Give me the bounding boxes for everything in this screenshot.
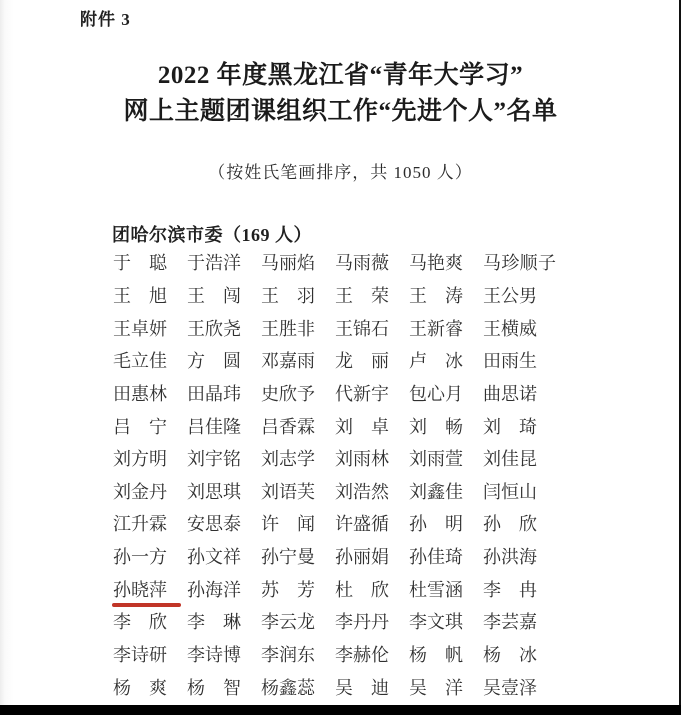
person-name-char: 孙 [409, 514, 427, 534]
person-name-char: 艳 [427, 253, 445, 273]
person-name-char: 李 [483, 580, 501, 600]
person-name-char: 卢 [409, 351, 427, 371]
person-name-char: 史 [261, 384, 279, 404]
person-name: 王卓妍 [113, 319, 167, 339]
person-name: 马丽焰 [261, 253, 315, 273]
person-name-char: 智 [223, 678, 241, 698]
person-name-char: 闫 [483, 482, 501, 502]
person-name-char: 雨 [353, 253, 371, 273]
person-name-char: 顺 [520, 253, 538, 273]
person-name-char: 李 [483, 612, 501, 632]
person-name: 王闯 [187, 286, 241, 306]
person-name-char: 王 [483, 286, 501, 306]
person-name-char: 王 [335, 319, 353, 339]
person-name-char: 海 [205, 580, 223, 600]
person-name-char: 王 [483, 319, 501, 339]
person-name: 王新睿 [409, 319, 463, 339]
person-name-char: 雪 [427, 580, 445, 600]
person-name-char: 方 [131, 449, 149, 469]
person-name-char: 刘 [113, 482, 131, 502]
person-name-char: 娟 [371, 547, 389, 567]
person-name-char: 晶 [205, 384, 223, 404]
person-name: 刘思琪 [187, 482, 241, 502]
person-name: 孙宁曼 [261, 547, 315, 567]
person-name-char: 金 [131, 482, 149, 502]
person-name-char: 孙 [261, 547, 279, 567]
person-name-char: 杨 [113, 678, 131, 698]
person-name-char: 安 [187, 514, 205, 534]
person-name-char: 明 [445, 514, 463, 534]
person-name-char: 宇 [371, 384, 389, 404]
person-name-char: 玮 [223, 384, 241, 404]
person-name-char: 王 [187, 286, 205, 306]
person-name-char: 东 [297, 645, 315, 665]
person-name-char: 琪 [223, 482, 241, 502]
person-name-char: 刘 [187, 449, 205, 469]
person-name: 王荣 [335, 286, 389, 306]
person-name-char: 冰 [445, 351, 463, 371]
person-name: 方圆 [187, 351, 241, 371]
person-name-char: 云 [279, 612, 297, 632]
person-name: 许闻 [261, 514, 315, 534]
person-name-char: 杨 [483, 645, 501, 665]
person-name-char: 丹 [353, 612, 371, 632]
person-name-char: 闻 [297, 514, 315, 534]
person-name: 吴洋 [409, 678, 463, 698]
person-name: 刘佳昆 [483, 449, 537, 469]
person-name-char: 胜 [279, 319, 297, 339]
person-name-char: 然 [371, 482, 389, 502]
person-name-char: 刘 [335, 482, 353, 502]
person-name: 刘鑫佳 [409, 482, 463, 502]
person-name-char: 香 [279, 417, 297, 437]
person-name-char: 王 [113, 319, 131, 339]
person-name-char: 晓 [131, 580, 149, 600]
person-name-char: 洋 [223, 580, 241, 600]
person-name: 王锦石 [335, 319, 389, 339]
person-name-char: 刘 [409, 449, 427, 469]
person-name-char: 吴 [409, 678, 427, 698]
person-name-char: 子 [538, 253, 556, 273]
name-row: 江升霖安思泰许闻许盛循孙明孙欣 [113, 508, 573, 541]
person-name-char: 曼 [297, 547, 315, 567]
person-name: 李润东 [261, 645, 315, 665]
person-name: 李云龙 [261, 612, 315, 632]
person-name-char: 循 [371, 514, 389, 534]
person-name-char: 刘 [409, 417, 427, 437]
person-name-char: 邓 [261, 351, 279, 371]
person-name-char: 霖 [297, 417, 315, 437]
person-name: 刘雨林 [335, 449, 389, 469]
person-name: 毛立佳 [113, 351, 167, 371]
person-name-char: 明 [149, 449, 167, 469]
name-row: 李欣李琳李云龙李丹丹李文琪李芸嘉 [113, 606, 573, 639]
person-name-char: 锦 [353, 319, 371, 339]
person-name-char: 欣 [371, 580, 389, 600]
person-name-char: 宁 [149, 417, 167, 437]
person-name-char: 刘 [335, 449, 353, 469]
person-name-char: 李 [261, 645, 279, 665]
person-name-char: 新 [427, 319, 445, 339]
person-name-char: 妍 [149, 319, 167, 339]
person-name-char: 涵 [445, 580, 463, 600]
person-name-char: 赫 [353, 645, 371, 665]
person-name-char: 丽 [279, 253, 297, 273]
person-name: 孙文祥 [187, 547, 241, 567]
document-subtitle: （按姓氏笔画排序，共 1050 人） [0, 158, 681, 183]
person-name-char: 嘉 [519, 612, 537, 632]
person-name-char: 予 [297, 384, 315, 404]
person-name-char: 鑫 [427, 482, 445, 502]
person-name: 孙佳琦 [409, 547, 463, 567]
person-name-char: 刘 [335, 417, 353, 437]
person-name-char: 升 [131, 514, 149, 534]
person-name: 包心月 [409, 384, 463, 404]
person-name-char: 林 [149, 384, 167, 404]
person-name-char: 月 [445, 384, 463, 404]
person-name-char: 琦 [445, 547, 463, 567]
person-name-char: 润 [279, 645, 297, 665]
person-name-char: 刘 [261, 482, 279, 502]
person-name-char: 聪 [149, 253, 167, 273]
person-name: 邓嘉雨 [261, 351, 315, 371]
person-name-char: 浩 [205, 253, 223, 273]
person-name-char: 李 [187, 612, 205, 632]
person-name-char: 丽 [353, 547, 371, 567]
person-name-char: 王 [261, 319, 279, 339]
person-name-char: 珍 [501, 253, 519, 273]
person-name-char: 诗 [131, 645, 149, 665]
person-name-char: 诺 [519, 384, 537, 404]
person-name-char: 刘 [113, 449, 131, 469]
person-name: 田雨生 [483, 351, 537, 371]
person-name: 刘语芙 [261, 482, 315, 502]
name-row: 王旭王闯王羽王荣王涛王公男 [113, 280, 573, 313]
person-name: 于浩洋 [187, 253, 241, 273]
person-name-char: 冉 [519, 580, 537, 600]
person-name: 王欣尧 [187, 319, 241, 339]
person-name-char: 孙 [113, 580, 131, 600]
person-name-char: 琳 [223, 612, 241, 632]
person-name-char: 横 [501, 319, 519, 339]
person-name: 卢冰 [409, 351, 463, 371]
person-name-char: 孙 [483, 514, 501, 534]
person-name-char: 公 [501, 286, 519, 306]
person-name-char: 荣 [371, 286, 389, 306]
person-name-char: 杨 [187, 678, 205, 698]
person-name-char: 杨 [261, 678, 279, 698]
document-page: 附件 3 2022 年度黑龙江省“青年大学习” 网上主题团课组织工作“先进个人”… [0, 0, 681, 715]
person-name-char: 李 [187, 645, 205, 665]
person-name: 杨智 [187, 678, 241, 698]
person-name-char: 苏 [261, 580, 279, 600]
person-name: 刘卓 [335, 417, 389, 437]
person-name-char: 李 [113, 612, 131, 632]
person-name-char: 研 [149, 645, 167, 665]
person-name: 李丹丹 [335, 612, 389, 632]
person-name-char: 芙 [297, 482, 315, 502]
person-name-char: 雨 [427, 449, 445, 469]
person-name: 王公男 [483, 286, 537, 306]
person-name-char: 吕 [187, 417, 205, 437]
person-name-char: 薇 [371, 253, 389, 273]
person-name: 安思泰 [187, 514, 241, 534]
person-name: 刘雨萱 [409, 449, 463, 469]
person-name-char: 丹 [371, 612, 389, 632]
person-name-char: 思 [205, 482, 223, 502]
person-name-char: 文 [205, 547, 223, 567]
person-name-char: 曲 [483, 384, 501, 404]
person-name-char: 方 [149, 547, 167, 567]
person-name-char: 尧 [223, 319, 241, 339]
person-name-char: 毛 [113, 351, 131, 371]
person-name-char: 卓 [371, 417, 389, 437]
person-name: 江升霖 [113, 514, 167, 534]
person-name-char: 铭 [223, 449, 241, 469]
person-name-char: 泽 [519, 678, 537, 698]
person-name-char: 方 [187, 351, 205, 371]
document-title-line1: 2022 年度黑龙江省“青年大学习” [0, 55, 681, 91]
person-name-char: 睿 [445, 319, 463, 339]
person-name-char: 威 [519, 319, 537, 339]
person-name-char: 隆 [223, 417, 241, 437]
person-name-char: 于 [113, 253, 131, 273]
person-name: 田晶玮 [187, 384, 241, 404]
person-name: 李诗博 [187, 645, 241, 665]
person-name-char: 萍 [149, 580, 167, 600]
person-name-char: 霖 [149, 514, 167, 534]
name-row: 田惠林田晶玮史欣予代新宇包心月曲思诺 [113, 378, 573, 411]
person-name-char: 嘉 [279, 351, 297, 371]
name-row: 于聪于浩洋马丽焰马雨薇马艳爽马珍顺子 [113, 247, 573, 280]
person-name-char: 琪 [445, 612, 463, 632]
person-name: 刘宇铭 [187, 449, 241, 469]
person-name-char: 代 [335, 384, 353, 404]
photo-edge-bottom [0, 705, 681, 715]
person-name-char: 孙 [187, 547, 205, 567]
document-title-line2: 网上主题团课组织工作“先进个人”名单 [0, 91, 681, 127]
name-row: 孙一方孙文祥孙宁曼孙丽娟孙佳琦孙洪海 [113, 541, 573, 574]
person-name-char: 博 [223, 645, 241, 665]
person-name-char: 吕 [261, 417, 279, 437]
person-name-char: 志 [279, 449, 297, 469]
person-name-char: 一 [131, 547, 149, 567]
name-row: 杨爽杨智杨鑫蕊吴迪吴洋吴壹泽 [113, 671, 573, 704]
person-name-char: 洋 [445, 678, 463, 698]
person-name-char: 王 [335, 286, 353, 306]
person-name: 杜雪涵 [409, 580, 463, 600]
person-name-char: 包 [409, 384, 427, 404]
person-name-char: 焰 [297, 253, 315, 273]
person-name: 孙晓萍 [113, 580, 167, 600]
person-name: 吕佳隆 [187, 417, 241, 437]
person-name-char: 王 [409, 319, 427, 339]
person-name-char: 江 [113, 514, 131, 534]
person-name: 孙丽娟 [335, 547, 389, 567]
name-row: 孙晓萍孙海洋苏芳杜欣杜雪涵李冉 [113, 573, 573, 606]
person-name: 杨爽 [113, 678, 167, 698]
person-name-char: 泰 [223, 514, 241, 534]
person-name: 李文琪 [409, 612, 463, 632]
person-name-char: 海 [519, 547, 537, 567]
person-name: 刘畅 [409, 417, 463, 437]
person-name-char: 雨 [501, 351, 519, 371]
person-name-char: 语 [279, 482, 297, 502]
person-name-char: 李 [409, 612, 427, 632]
person-name-char: 许 [335, 514, 353, 534]
person-name-char: 李 [113, 645, 131, 665]
person-name-char: 欣 [149, 612, 167, 632]
person-name-char: 欣 [519, 514, 537, 534]
person-name-char: 闯 [223, 286, 241, 306]
name-row: 吕宁吕佳隆吕香霖刘卓刘畅刘琦 [113, 410, 573, 443]
person-name: 李琳 [187, 612, 241, 632]
person-name: 刘金丹 [113, 482, 167, 502]
person-name-char: 帆 [445, 645, 463, 665]
person-name: 李赫伦 [335, 645, 389, 665]
person-name-char: 吕 [113, 417, 131, 437]
person-name-char: 迪 [371, 678, 389, 698]
person-name: 王胜非 [261, 319, 315, 339]
person-name-char: 刘 [187, 482, 205, 502]
person-name: 闫恒山 [483, 482, 537, 502]
person-name: 王横威 [483, 319, 537, 339]
person-name-char: 马 [409, 253, 427, 273]
person-name-char: 吴 [483, 678, 501, 698]
person-name-char: 生 [519, 351, 537, 371]
person-name-char: 蕊 [297, 678, 315, 698]
person-name-char: 龙 [297, 612, 315, 632]
person-name-char: 宇 [205, 449, 223, 469]
person-name-char: 欣 [205, 319, 223, 339]
person-name-char: 石 [371, 319, 389, 339]
person-name-char: 盛 [353, 514, 371, 534]
person-name-char: 爽 [445, 253, 463, 273]
person-name: 马雨薇 [335, 253, 389, 273]
person-name-char: 思 [205, 514, 223, 534]
person-name-char: 李 [335, 645, 353, 665]
person-name-char: 山 [519, 482, 537, 502]
person-name-char: 王 [187, 319, 205, 339]
person-name-char: 丹 [149, 482, 167, 502]
person-name: 许盛循 [335, 514, 389, 534]
person-name-char: 鑫 [279, 678, 297, 698]
person-name: 龙丽 [335, 351, 389, 371]
person-name-char: 林 [371, 449, 389, 469]
person-name: 马珍顺子 [483, 253, 556, 273]
person-name-char: 于 [187, 253, 205, 273]
person-name-char: 王 [261, 286, 279, 306]
person-name-char: 刘 [261, 449, 279, 469]
person-name-char: 王 [113, 286, 131, 306]
person-name: 杜欣 [335, 580, 389, 600]
person-name: 田惠林 [113, 384, 167, 404]
person-name-char: 佳 [205, 417, 223, 437]
person-name: 刘志学 [261, 449, 315, 469]
person-name-char: 孙 [187, 580, 205, 600]
person-name: 刘方明 [113, 449, 167, 469]
person-name-char: 诗 [205, 645, 223, 665]
person-name: 苏芳 [261, 580, 315, 600]
person-name: 李芸嘉 [483, 612, 537, 632]
person-name-char: 刘 [483, 449, 501, 469]
person-name-char: 雨 [297, 351, 315, 371]
person-name-char: 欣 [279, 384, 297, 404]
person-name-char: 立 [131, 351, 149, 371]
person-name-char: 刘 [409, 482, 427, 502]
person-name-char: 龙 [335, 351, 353, 371]
person-name-char: 昆 [519, 449, 537, 469]
person-name-char: 羽 [297, 286, 315, 306]
person-name: 孙一方 [113, 547, 167, 567]
person-name: 杨冰 [483, 645, 537, 665]
person-name-char: 孙 [483, 547, 501, 567]
person-name-char: 马 [483, 253, 501, 273]
person-name: 刘浩然 [335, 482, 389, 502]
person-name-char: 孙 [409, 547, 427, 567]
person-name-char: 李 [335, 612, 353, 632]
person-name-char: 佳 [445, 482, 463, 502]
person-name-char: 田 [113, 384, 131, 404]
person-name-char: 浩 [353, 482, 371, 502]
person-name-char: 佳 [149, 351, 167, 371]
person-name-char: 丽 [371, 351, 389, 371]
person-name-char: 李 [261, 612, 279, 632]
person-name: 杨帆 [409, 645, 463, 665]
person-name-char: 惠 [131, 384, 149, 404]
person-name: 马艳爽 [409, 253, 463, 273]
person-name-char: 许 [261, 514, 279, 534]
person-name: 李欣 [113, 612, 167, 632]
person-name-char: 杨 [409, 645, 427, 665]
person-name-char: 马 [335, 253, 353, 273]
person-name: 吴壹泽 [483, 678, 537, 698]
name-row: 李诗研李诗博李润东李赫伦杨帆杨冰 [113, 639, 573, 672]
person-name-char: 吴 [335, 678, 353, 698]
person-name-char: 田 [483, 351, 501, 371]
person-name: 孙欣 [483, 514, 537, 534]
person-name-char: 涛 [445, 286, 463, 306]
person-name: 孙海洋 [187, 580, 241, 600]
person-name-char: 男 [519, 286, 537, 306]
attachment-label: 附件 3 [80, 5, 131, 30]
person-name-char: 雨 [353, 449, 371, 469]
person-name: 李诗研 [113, 645, 167, 665]
person-name: 吴迪 [335, 678, 389, 698]
person-name: 王涛 [409, 286, 463, 306]
person-name-char: 文 [427, 612, 445, 632]
person-name-char: 壹 [501, 678, 519, 698]
person-name-char: 芸 [501, 612, 519, 632]
person-name: 李冉 [483, 580, 537, 600]
person-name: 王羽 [261, 286, 315, 306]
person-name-char: 爽 [149, 678, 167, 698]
person-name-char: 王 [409, 286, 427, 306]
person-name: 于聪 [113, 253, 167, 273]
person-name-char: 祥 [223, 547, 241, 567]
person-name-char: 杜 [335, 580, 353, 600]
person-name-char: 伦 [371, 645, 389, 665]
person-name: 曲思诺 [483, 384, 537, 404]
name-row: 刘方明刘宇铭刘志学刘雨林刘雨萱刘佳昆 [113, 443, 573, 476]
person-name: 孙洪海 [483, 547, 537, 567]
person-name-char: 学 [297, 449, 315, 469]
person-name-char: 刘 [483, 417, 501, 437]
person-name-char: 圆 [223, 351, 241, 371]
person-name: 杨鑫蕊 [261, 678, 315, 698]
person-name-char: 新 [353, 384, 371, 404]
person-name-char: 畅 [445, 417, 463, 437]
